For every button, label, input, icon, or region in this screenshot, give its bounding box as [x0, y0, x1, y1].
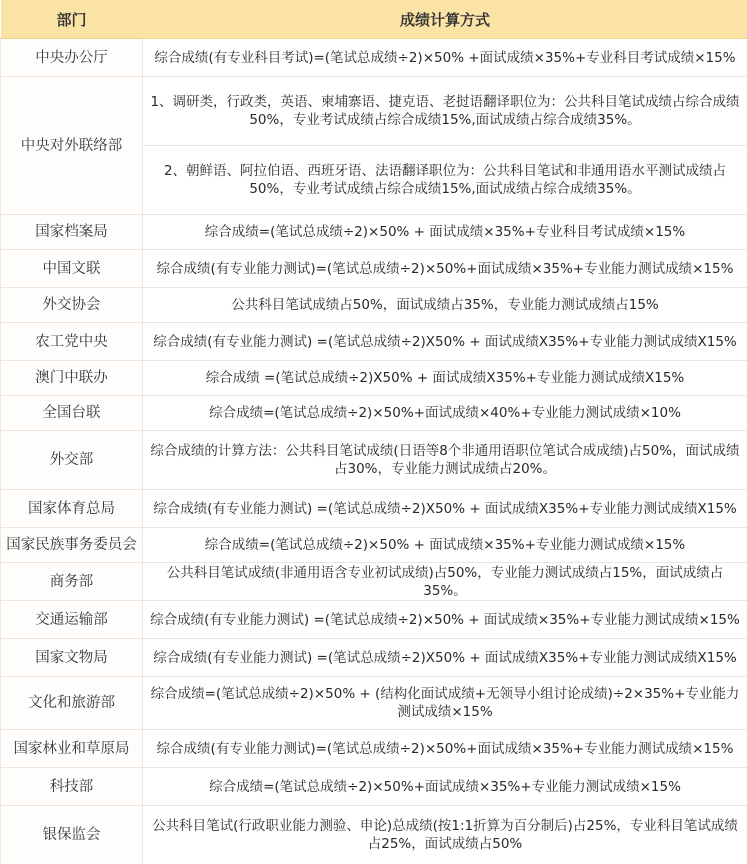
method-cell: 综合成绩=(笔试总成绩÷2)×50%+面试成绩×35%+专业能力测试成绩×15% [143, 768, 747, 806]
table-row: 交通运输部 综合成绩(有专业能力测试) =(笔试总成绩÷2)×50% + 面试成… [1, 601, 747, 639]
dept-cell: 商务部 [1, 563, 143, 601]
dept-cell: 外交协会 [1, 288, 143, 323]
method-cell: 公共科目笔试成绩(非通用语含专业初试成绩)占50%，专业能力测试成绩占15%，面… [143, 563, 747, 601]
method-cell: 综合成绩=(笔试总成绩÷2)×50% + 面试成绩×35%+专业能力测试成绩×1… [143, 528, 747, 563]
table-row: 全国台联 综合成绩=(笔试总成绩÷2)×50%+面试成绩×40%+专业能力测试成… [1, 396, 747, 431]
method-cell: 综合成绩(有专业能力测试)=(笔试总成绩÷2)×50%+面试成绩×35%+专业能… [143, 250, 747, 288]
table-row: 国家文物局 综合成绩(有专业能力测试) =(笔试总成绩÷2)X50% + 面试成… [1, 639, 747, 677]
method-cell: 综合成绩=(笔试总成绩÷2)×50% + (结构化面试成绩+无领导小组讨论成绩)… [143, 677, 747, 730]
dept-cell: 外交部 [1, 431, 143, 490]
dept-cell: 澳门中联办 [1, 361, 143, 396]
table-row: 中国文联 综合成绩(有专业能力测试)=(笔试总成绩÷2)×50%+面试成绩×35… [1, 250, 747, 288]
dept-cell: 国家体育总局 [1, 490, 143, 528]
method-cell: 综合成绩(有专业能力测试) =(笔试总成绩÷2)X50% + 面试成绩X35%+… [143, 323, 747, 361]
dept-cell: 银保监会 [1, 806, 143, 864]
dept-cell: 中央办公厅 [1, 39, 143, 77]
method-cell: 综合成绩的计算方法：公共科目笔试成绩(日语等8个非通用语职位笔试合成成绩)占50… [143, 431, 747, 490]
dept-cell: 中央对外联络部 [1, 77, 143, 215]
dept-cell: 国家民族事务委员会 [1, 528, 143, 563]
header-method: 成绩计算方式 [143, 0, 747, 39]
dept-cell: 国家林业和草原局 [1, 730, 143, 768]
dept-cell: 中国文联 [1, 250, 143, 288]
method-cell: 综合成绩 =(笔试总成绩÷2)X50% + 面试成绩X35%+专业能力测试成绩X… [143, 361, 747, 396]
table-row: 外交部 综合成绩的计算方法：公共科目笔试成绩(日语等8个非通用语职位笔试合成成绩… [1, 431, 747, 490]
table-row: 国家体育总局 综合成绩(有专业能力测试) =(笔试总成绩÷2)X50% + 面试… [1, 490, 747, 528]
dept-cell: 交通运输部 [1, 601, 143, 639]
table-row: 中央办公厅 综合成绩(有专业科目考试)=(笔试总成绩÷2)×50% +面试成绩×… [1, 39, 747, 77]
dept-cell: 文化和旅游部 [1, 677, 143, 730]
method-cell: 公共科目笔试成绩占50%，面试成绩占35%，专业能力测试成绩占15% [143, 288, 747, 323]
method-cell: 1、调研类，行政类，英语、柬埔寨语、捷克语、老挝语翻译职位为：公共科目笔试成绩占… [143, 77, 747, 215]
table-row: 澳门中联办 综合成绩 =(笔试总成绩÷2)X50% + 面试成绩X35%+专业能… [1, 361, 747, 396]
method-cell: 综合成绩=(笔试总成绩÷2)×50%+面试成绩×40%+专业能力测试成绩×10% [143, 396, 747, 431]
score-method-table: 部门 成绩计算方式 中央办公厅 综合成绩(有专业科目考试)=(笔试总成绩÷2)×… [0, 0, 747, 864]
method-cell: 综合成绩(有专业科目考试)=(笔试总成绩÷2)×50% +面试成绩×35%+专业… [143, 39, 747, 77]
table-row: 国家档案局 综合成绩=(笔试总成绩÷2)×50% + 面试成绩×35%+专业科目… [1, 215, 747, 250]
header-row: 部门 成绩计算方式 [1, 0, 747, 39]
dept-cell: 国家文物局 [1, 639, 143, 677]
method-sub-item: 2、朝鲜语、阿拉伯语、西班牙语、法语翻译职位为：公共科目笔试和非通用语水平测试成… [143, 145, 747, 214]
table-row: 国家民族事务委员会 综合成绩=(笔试总成绩÷2)×50% + 面试成绩×35%+… [1, 528, 747, 563]
dept-cell: 农工党中央 [1, 323, 143, 361]
method-cell: 公共科目笔试(行政职业能力测验、申论)总成绩(按1:1折算为百分制后)占25%，… [143, 806, 747, 864]
method-sub-item: 1、调研类，行政类，英语、柬埔寨语、捷克语、老挝语翻译职位为：公共科目笔试成绩占… [143, 77, 747, 145]
method-cell: 综合成绩(有专业能力测试) =(笔试总成绩÷2)X50% + 面试成绩X35%+… [143, 490, 747, 528]
table-row: 科技部 综合成绩=(笔试总成绩÷2)×50%+面试成绩×35%+专业能力测试成绩… [1, 768, 747, 806]
method-cell: 综合成绩(有专业能力测试) =(笔试总成绩÷2)×50% + 面试成绩×35%+… [143, 601, 747, 639]
table-row: 国家林业和草原局 综合成绩(有专业能力测试)=(笔试总成绩÷2)×50%+面试成… [1, 730, 747, 768]
table-row: 中央对外联络部 1、调研类，行政类，英语、柬埔寨语、捷克语、老挝语翻译职位为：公… [1, 77, 747, 215]
table-row: 银保监会 公共科目笔试(行政职业能力测验、申论)总成绩(按1:1折算为百分制后)… [1, 806, 747, 864]
dept-cell: 全国台联 [1, 396, 143, 431]
dept-cell: 国家档案局 [1, 215, 143, 250]
method-cell: 综合成绩(有专业能力测试)=(笔试总成绩÷2)×50%+面试成绩×35%+专业能… [143, 730, 747, 768]
table-row: 外交协会 公共科目笔试成绩占50%，面试成绩占35%，专业能力测试成绩占15% [1, 288, 747, 323]
table-row: 农工党中央 综合成绩(有专业能力测试) =(笔试总成绩÷2)X50% + 面试成… [1, 323, 747, 361]
dept-cell: 科技部 [1, 768, 143, 806]
method-cell: 综合成绩(有专业能力测试) =(笔试总成绩÷2)X50% + 面试成绩X35%+… [143, 639, 747, 677]
header-dept: 部门 [1, 0, 143, 39]
table-row: 商务部 公共科目笔试成绩(非通用语含专业初试成绩)占50%，专业能力测试成绩占1… [1, 563, 747, 601]
method-cell: 综合成绩=(笔试总成绩÷2)×50% + 面试成绩×35%+专业科目考试成绩×1… [143, 215, 747, 250]
table-row: 文化和旅游部 综合成绩=(笔试总成绩÷2)×50% + (结构化面试成绩+无领导… [1, 677, 747, 730]
